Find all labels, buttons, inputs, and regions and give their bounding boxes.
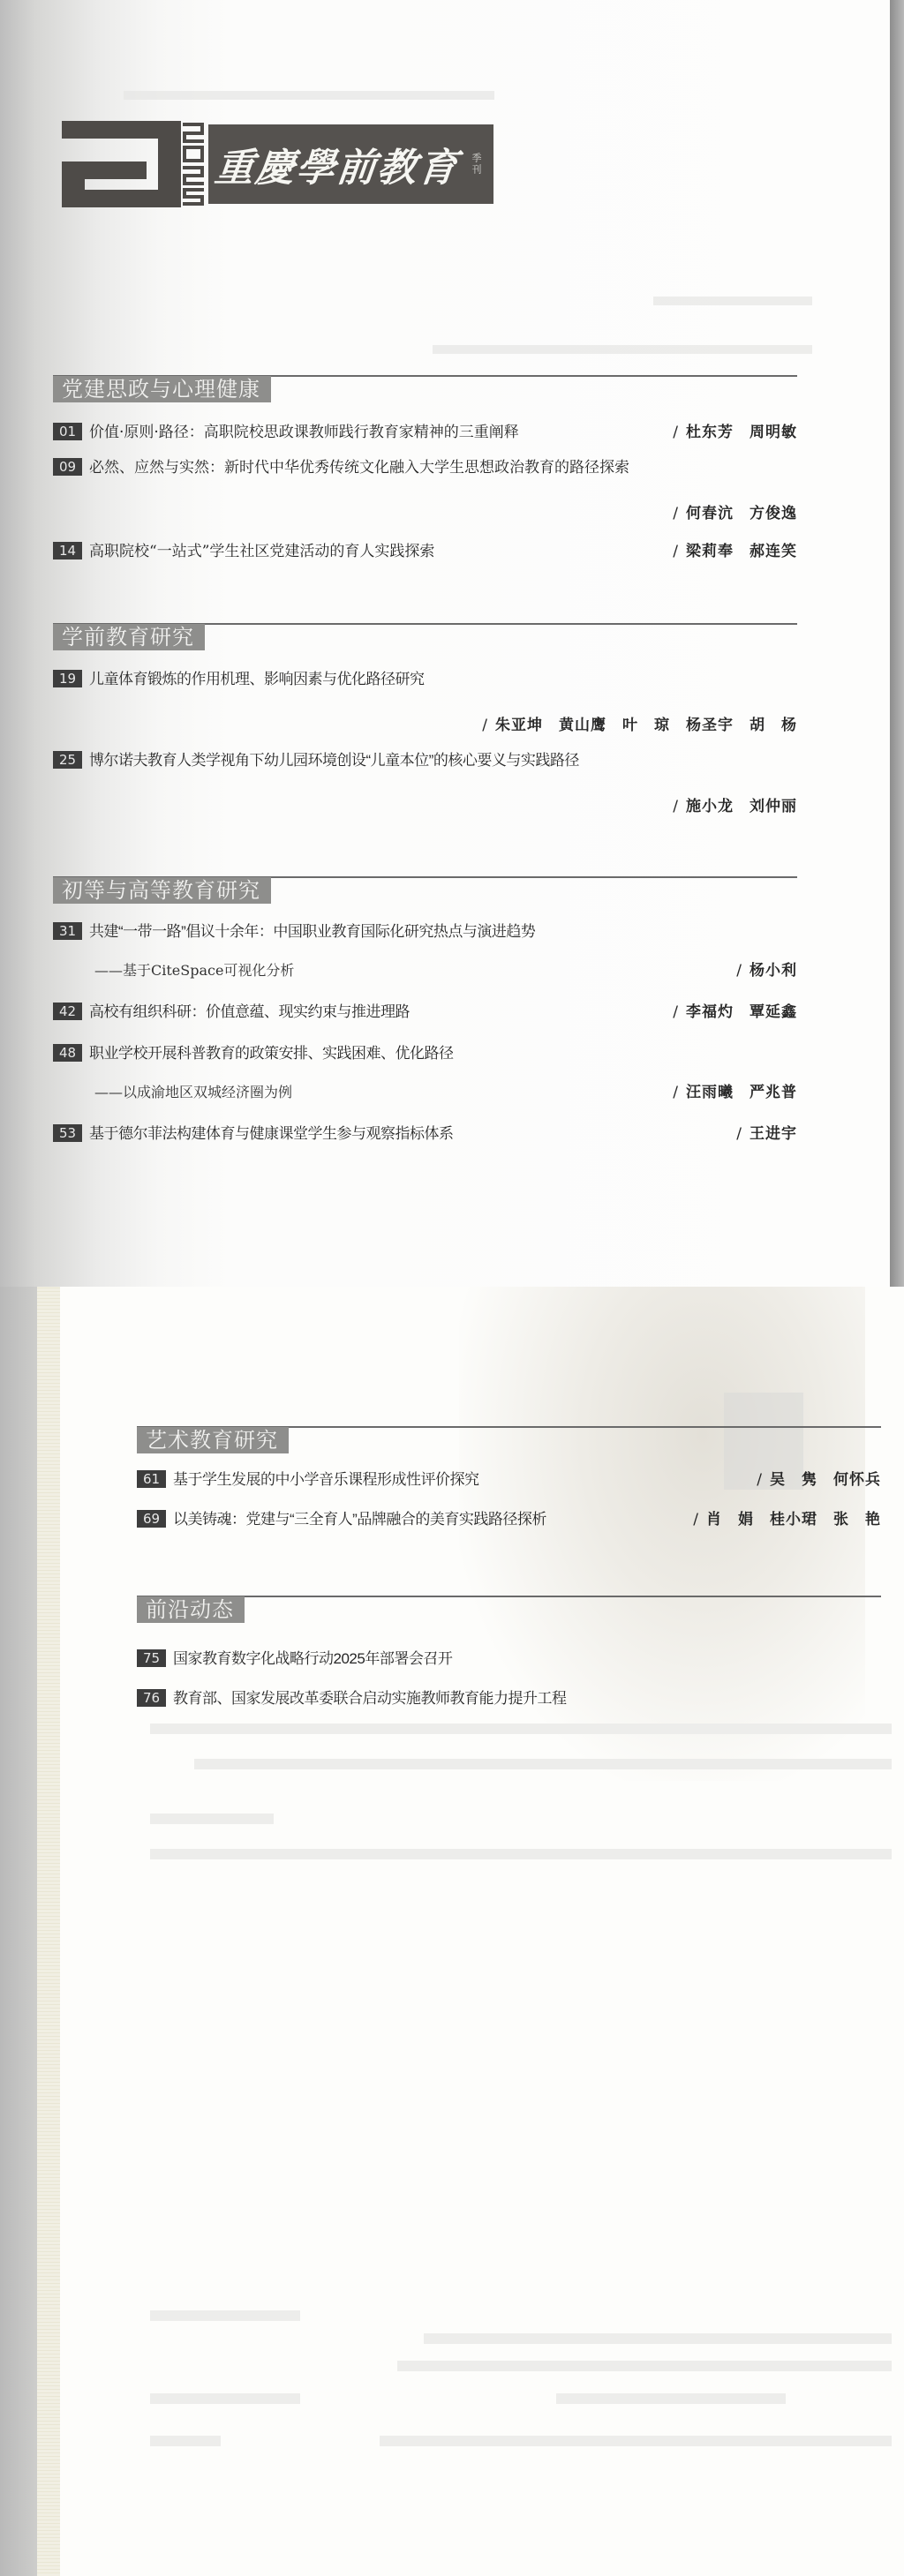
toc-entry[interactable]: 19儿童体育锻炼的作用机理、影响因素与优化路径研究 /朱亚坤 黄山鹰 叶 琼 杨…	[53, 669, 797, 690]
bleed-through-line	[433, 345, 812, 354]
bleed-through-line	[397, 2361, 892, 2371]
article-title: 共建“一带一路”倡议十余年：中国职业教育国际化研究热点与演进趋势	[89, 923, 535, 940]
article-subtitle: ——基于CiteSpace可视化分析	[94, 960, 294, 981]
article-title: 必然、应然与实然：新时代中华优秀传统文化融入大学生思想政治教育的路径探索	[89, 459, 629, 477]
toc-section: 初等与高等教育研究 31共建“一带一路”倡议十余年：中国职业教育国际化研究热点与…	[53, 876, 797, 1159]
bleed-through-line	[150, 1849, 892, 1859]
page-number-badge: 31	[53, 922, 82, 940]
bleed-through-line	[150, 1724, 892, 1734]
bleed-through-line	[653, 297, 812, 305]
section-label: 艺术教育研究	[137, 1427, 289, 1453]
logo-2-icon	[62, 121, 181, 207]
bleed-through-line	[150, 2436, 221, 2446]
article-title: 以美铸魂：党建与“三全育人”品牌融合的美育实践路径探析	[173, 1511, 546, 1528]
article-subtitle: ——以成渝地区双城经济圈为例	[94, 1082, 292, 1103]
section-header: 前沿动态	[137, 1596, 881, 1626]
page-number-badge: 09	[53, 458, 82, 476]
section-rule	[137, 1596, 881, 1597]
year-2025-glyph-icon	[183, 123, 204, 206]
toc-entry[interactable]: 31共建“一带一路”倡议十余年：中国职业教育国际化研究热点与演进趋势 ——基于C…	[53, 921, 797, 943]
article-authors: /肖 娟 桂小珺 张 艳	[693, 1509, 881, 1530]
article-authors: /朱亚坤 黄山鹰 叶 琼 杨圣宇 胡 杨	[482, 715, 797, 736]
toc-section: 党建思政与心理健康 01价值·原则·路径：高职院校思政课教师践行教育家精神的三重…	[53, 375, 797, 569]
toc-section: 学前教育研究 19儿童体育锻炼的作用机理、影响因素与优化路径研究 /朱亚坤 黄山…	[53, 623, 797, 826]
article-title: 国家教育数字化战略行动2025年部署会召开	[173, 1650, 452, 1667]
toc-entry[interactable]: 75国家教育数字化战略行动2025年部署会召开	[137, 1648, 881, 1670]
article-title: 高校有组织科研：价值意蕴、现实约束与推进理路	[89, 1003, 410, 1020]
toc-entry[interactable]: 53基于德尔菲法构建体育与健康课堂学生参与观察指标体系 /王进宇	[53, 1123, 797, 1145]
masthead-title-band: 重慶學前教育 季刊	[208, 124, 493, 204]
bleed-through-line	[124, 91, 494, 100]
bleed-through-line	[194, 1759, 892, 1769]
page-number-badge: 61	[137, 1470, 166, 1488]
bleed-through-line	[150, 2310, 300, 2321]
article-authors: /吴 隽 何怀兵	[757, 1469, 881, 1491]
article-authors: /汪雨曦 严兆普	[673, 1082, 797, 1103]
section-header: 学前教育研究	[53, 623, 797, 653]
toc-entry[interactable]: 01价值·原则·路径：高职院校思政课教师践行教育家精神的三重阐释 /杜东芳 周明…	[53, 422, 797, 443]
toc-entry[interactable]: 48职业学校开展科普教育的政策安排、实践困难、优化路径 ——以成渝地区双城经济圈…	[53, 1043, 797, 1064]
section-header: 初等与高等教育研究	[53, 876, 797, 906]
journal-title: 重慶學前教育	[213, 136, 463, 192]
article-title: 教育部、国家发展改革委联合启动实施教师教育能力提升工程	[173, 1690, 567, 1707]
article-authors: /杜东芳 周明敏	[673, 422, 797, 443]
article-authors: /王进宇	[736, 1123, 797, 1145]
article-title: 价值·原则·路径：高职院校思政课教师践行教育家精神的三重阐释	[89, 424, 519, 441]
toc-entry[interactable]: 61基于学生发展的中小学音乐课程形成性评价探究 /吴 隽 何怀兵	[137, 1469, 881, 1491]
toc-section: 艺术教育研究 61基于学生发展的中小学音乐课程形成性评价探究 /吴 隽 何怀兵 …	[137, 1426, 881, 1532]
journal-masthead: 重慶學前教育 季刊	[62, 121, 490, 207]
section-label: 党建思政与心理健康	[53, 376, 271, 402]
page-number-badge: 19	[53, 670, 82, 687]
toc-entry[interactable]: 09必然、应然与实然：新时代中华优秀传统文化融入大学生思想政治教育的路径探索 /…	[53, 457, 797, 478]
bleed-through-line	[380, 2436, 892, 2446]
article-authors: /何春沆 方俊逸	[673, 503, 797, 524]
toc-entry[interactable]: 25博尔诺夫教育人类学视角下幼儿园环境创设“儿童本位”的核心要义与实践路径 /施…	[53, 750, 797, 771]
page-binding-edge	[37, 1287, 60, 2576]
toc-page-1: 重慶學前教育 季刊 党建思政与心理健康 01价值·原则·路径：高职院校思政课教师…	[0, 0, 890, 1287]
page-number-badge: 14	[53, 542, 82, 560]
article-authors: /施小龙 刘仲丽	[673, 796, 797, 817]
page-edge-shadow	[890, 0, 904, 1287]
page-number-badge: 48	[53, 1044, 82, 1062]
article-title: 高职院校“一站式”学生社区党建活动的育人实践探索	[89, 543, 434, 560]
article-title: 基于德尔菲法构建体育与健康课堂学生参与观察指标体系	[89, 1125, 454, 1142]
page-number-badge: 25	[53, 751, 82, 769]
toc-entry[interactable]: 42高校有组织科研：价值意蕴、现实约束与推进理路 /李福灼 覃延鑫	[53, 1002, 797, 1023]
page-gutter	[0, 1287, 37, 2576]
article-title: 博尔诺夫教育人类学视角下幼儿园环境创设“儿童本位”的核心要义与实践路径	[89, 752, 579, 769]
page-number-badge: 69	[137, 1510, 166, 1528]
article-title: 职业学校开展科普教育的政策安排、实践困难、优化路径	[89, 1045, 454, 1062]
toc-entry[interactable]: 76教育部、国家发展改革委联合启动实施教师教育能力提升工程	[137, 1688, 881, 1709]
bleed-through-line	[424, 2333, 892, 2344]
page-number-badge: 01	[53, 423, 82, 440]
page-number-badge: 42	[53, 1003, 82, 1020]
toc-section: 前沿动态 75国家教育数字化战略行动2025年部署会召开 76教育部、国家发展改…	[137, 1596, 881, 1710]
section-label: 学前教育研究	[53, 624, 205, 650]
page-number-badge: 76	[137, 1689, 166, 1707]
page-number-badge: 53	[53, 1124, 82, 1142]
bleed-through-line	[556, 2393, 786, 2404]
article-title: 儿童体育锻炼的作用机理、影响因素与优化路径研究	[89, 671, 425, 687]
section-header: 党建思政与心理健康	[53, 375, 797, 405]
toc-page-2: 艺术教育研究 61基于学生发展的中小学音乐课程形成性评价探究 /吴 隽 何怀兵 …	[0, 1287, 904, 2576]
toc-entry[interactable]: 14高职院校“一站式”学生社区党建活动的育人实践探索 /梁莉奉 郝连笑	[53, 541, 797, 562]
article-authors: /梁莉奉 郝连笑	[673, 541, 797, 562]
section-label: 前沿动态	[137, 1596, 245, 1623]
article-authors: /杨小利	[736, 960, 797, 981]
article-authors: /李福灼 覃延鑫	[673, 1002, 797, 1023]
article-title: 基于学生发展的中小学音乐课程形成性评价探究	[173, 1471, 479, 1488]
journal-frequency: 季刊	[469, 153, 483, 176]
toc-entry[interactable]: 69以美铸魂：党建与“三全育人”品牌融合的美育实践路径探析 /肖 娟 桂小珺 张…	[137, 1509, 881, 1530]
section-header: 艺术教育研究	[137, 1426, 881, 1456]
page-number-badge: 75	[137, 1649, 166, 1667]
bleed-through-line	[150, 2393, 300, 2404]
bleed-through-line	[150, 1814, 274, 1824]
section-label: 初等与高等教育研究	[53, 877, 271, 904]
